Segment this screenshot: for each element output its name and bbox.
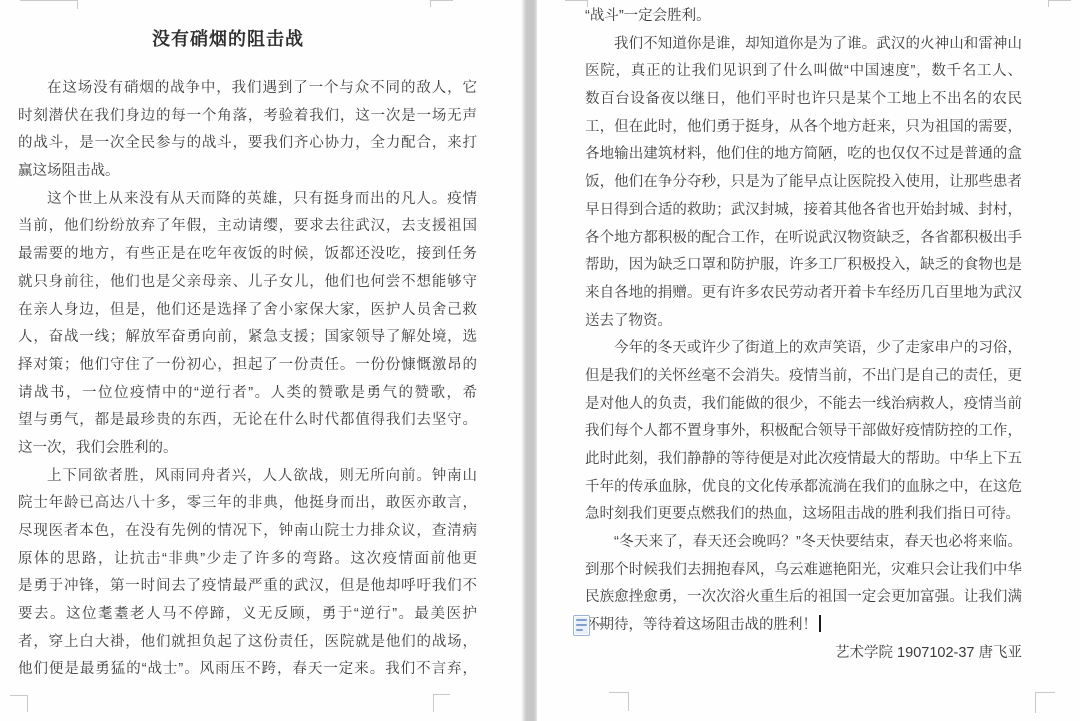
text-line[interactable]: 千年的传承血脉，优良的文化传承都流淌在我们的血脉之中，在这危 (585, 474, 1022, 502)
text-line[interactable]: 今年的冬天或许少了街道上的欢声笑语，少了走家串户的习俗， (585, 335, 1022, 363)
crop-mark (433, 694, 450, 712)
text-line[interactable]: 者，穿上白大褂，他们就担负起了这份责任，医院就是他们的战场， (18, 629, 477, 657)
text-line[interactable]: 最需要的地方，有些正是在吃年夜饭的时候，饭都还没吃，接到任务 (18, 241, 477, 269)
text-line[interactable]: 是勇于冲锋，第一时间去了疫情最严重的武汉，但是他却呼吁我们不 (18, 573, 477, 601)
text-line[interactable]: 望与勇气，都是最珍贵的东西，无论在什么时代都值得我们去坚守。 (18, 407, 477, 435)
text-line[interactable]: 赢这场阻击战。 (18, 158, 477, 186)
text-line[interactable]: 急时刻我们更要点燃我们的热血，这场阻击战的胜利我们指日可待。 (585, 501, 1022, 529)
text-line[interactable]: 我们每个人都不置身事外，积极配合领导干部做好疫情防控的工作， (585, 418, 1022, 446)
text-line[interactable]: 要去。这位耄耋老人马不停蹄，义无反顾，勇于“逆行”。最美医护 (18, 601, 477, 629)
text-line[interactable]: 饭，他们在争分夺秒，只是为了能早点让医院投入使用，让那些患者 (585, 169, 1022, 197)
text-line[interactable]: 工，但在此时，他们勇于挺身，从各个地方赶来，只为祖国的需要， (585, 114, 1022, 142)
text-line[interactable]: 早日得到合适的救助；武汉封城，接着其他各省也开始封城、封村， (585, 197, 1022, 225)
crop-mark (565, 0, 588, 7)
text-line[interactable]: 艺术学院 1907102-37 唐飞亚 (585, 640, 1022, 668)
paste-options-document-icon[interactable] (573, 615, 590, 636)
paste-options-button[interactable] (573, 615, 609, 637)
page-right: “战斗”一定会胜利。我们不知道你是谁，却知道你是为了谁。武汉的火神山和雷神山医院… (537, 0, 1080, 721)
text-line[interactable]: 来自各地的捐赠。更有许多农民劳动者开着卡车经历几百里地为武汉 (585, 280, 1022, 308)
text-line[interactable]: 各个地方都积极的配合工作，在听说武汉物资缺乏，各省都积极出手 (585, 225, 1022, 253)
text-line[interactable]: 时刻潜伏在我们身边的每一个角落，考验着我们，这一次是一场无声 (18, 103, 477, 131)
word-document-canvas: { "document": { "title": "没有硝烟的阻击战", "pa… (0, 0, 1080, 721)
text-line[interactable]: 尽现医者本色，在没有先例的情况下，钟南山院士力排众议，查清病 (18, 518, 477, 546)
text-cursor (819, 615, 821, 632)
crop-mark (10, 695, 28, 712)
text-line[interactable]: 请战书，一位位疫情中的“逆行者”。人类的赞歌是勇气的赞歌，希 (18, 380, 477, 408)
text-line[interactable]: 人，奋战一线；解放军奋勇向前，紧急支援；国家领导了解处境，选 (18, 324, 477, 352)
right-page-text-column: “战斗”一定会胜利。我们不知道你是谁，却知道你是为了谁。武汉的火神山和雷神山医院… (585, 3, 1022, 668)
text-line[interactable]: 的战斗，是一次全民参与的战斗，要我们齐心协力，全力配合，来打 (18, 130, 477, 158)
text-line[interactable]: 择对策；他们守住了一份初心，担起了一份责任。一份份慷慨激昂的 (18, 352, 477, 380)
text-line[interactable]: 当前，他们纷纷放弃了年假，主动请缨，要求去往武汉，去支援祖国 (18, 213, 477, 241)
text-line[interactable]: 在亲人身边，但是，他们还是选择了舍小家保大家，医护人员舍己救 (18, 297, 477, 325)
text-line[interactable]: 就只身前往，他们也是父亲母亲、儿子女儿，他们也何尝不想能够守 (18, 269, 477, 297)
text-line[interactable]: 数百台设备夜以继日，他们平时也许只是某个工地上不出名的农民 (585, 86, 1022, 114)
text-line[interactable]: “冬天来了，春天还会晚吗？”冬天快要结束，春天也必将来临。 (585, 529, 1022, 557)
text-line[interactable]: “战斗”一定会胜利。 (585, 3, 1022, 31)
text-line[interactable]: 此时此刻，我们静静的等待便是对此次疫情最大的帮助。中华上下五 (585, 446, 1022, 474)
text-line[interactable]: 各地输出建筑材料，他们住的地方简陋，吃的也仅仅不过是普通的盒 (585, 141, 1022, 169)
text-line[interactable]: 他们便是最勇猛的“战士”。风雨压不跨，春天一定来。我们不言弃， (18, 656, 477, 684)
text-line[interactable]: 院士年龄已高达八十多，零三年的非典，他挺身而出，敢医亦敢言， (18, 490, 477, 518)
text-line[interactable]: 原体的思路，让抗击“非典”少走了许多的弯路。这次疫情面前他更 (18, 546, 477, 574)
text-line[interactable]: 到那个时候我们去拥抱春风，乌云难遮艳阳光，灾难只会让我们中华 (585, 557, 1022, 585)
text-line[interactable]: 帮助，因为缺乏口罩和防护服，许多工厂积极投入，缺乏的食物也是 (585, 252, 1022, 280)
text-line[interactable]: 这一次，我们会胜利的。 (18, 435, 477, 463)
text-line[interactable]: 上下同欲者胜，风雨同舟者兴，人人欲战，则无所向前。钟南山 (18, 463, 477, 491)
crop-mark (609, 692, 629, 711)
text-line[interactable]: 在这场没有硝烟的战争中，我们遇到了一个与众不同的敌人，它 (18, 75, 477, 103)
text-line[interactable]: 送去了物资。 (585, 308, 1022, 336)
crop-mark (1035, 692, 1055, 713)
text-line[interactable]: 我们不知道你是谁，却知道你是为了谁。武汉的火神山和雷神山 (585, 31, 1022, 59)
text-line[interactable]: 但是我们的关怀丝毫不会消失。疫情当前，不出门是自己的责任，更 (585, 363, 1022, 391)
chevron-down-icon[interactable] (598, 623, 606, 627)
text-line[interactable]: 这个世上从来没有从天而降的英雄，只有挺身而出的凡人。疫情 (18, 186, 477, 214)
crop-mark (430, 0, 453, 7)
text-line[interactable]: 是对他人的负责，我们能做的很少，不能去一线治病救人，疫情当前 (585, 391, 1022, 419)
left-page-text-column: 在这场没有硝烟的战争中，我们遇到了一个与众不同的敌人，它时刻潜伏在我们身边的每一… (18, 75, 477, 684)
text-line[interactable]: 民族愈挫愈勇，一次次浴火重生后的祖国一定会更加富强。让我们满 (585, 584, 1022, 612)
crop-mark (1048, 0, 1071, 7)
crop-mark (20, 0, 78, 9)
text-line[interactable]: 医院，真正的让我们见识到了什么叫做“中国速度”，数千名工人、 (585, 58, 1022, 86)
page-left: 没有硝烟的阻击战 在这场没有硝烟的战争中，我们遇到了一个与众不同的敌人，它时刻潜… (0, 0, 523, 721)
document-title: 没有硝烟的阻击战 (18, 25, 438, 51)
text-line[interactable]: 怀期待，等待着这场阻击战的胜利！ (585, 612, 1022, 640)
